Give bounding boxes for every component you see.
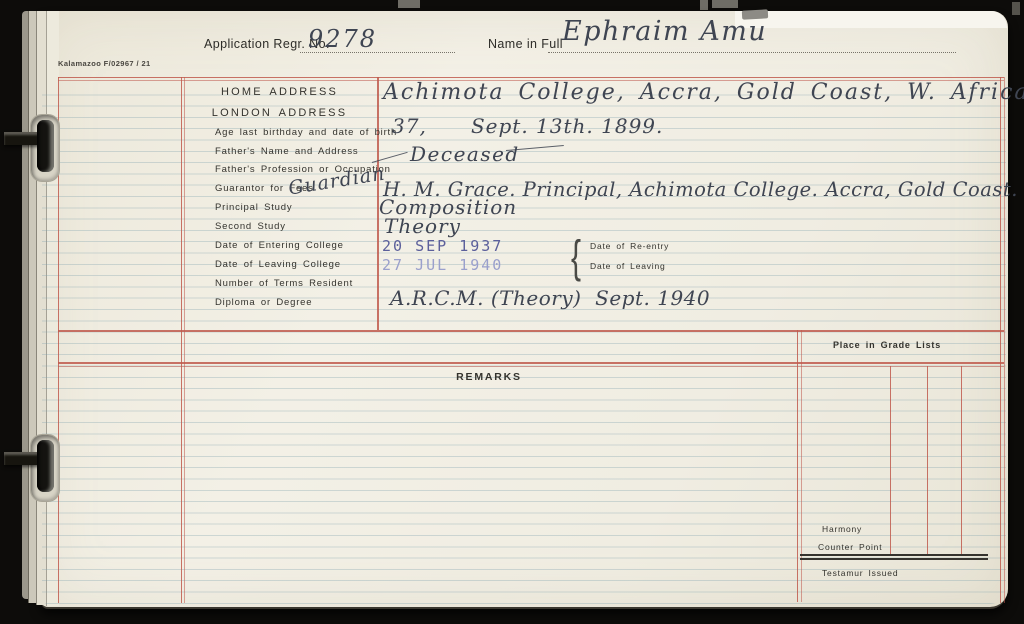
field-label-date-reentry: Date of Re-entry xyxy=(590,241,669,251)
name-in-full-label: Name in Full xyxy=(488,37,563,51)
field-label-second-study: Second Study xyxy=(215,221,286,232)
field-label-date-leaving: Date of Leaving College xyxy=(215,259,341,270)
red-grid-line xyxy=(58,366,1004,367)
entry-age-dob: 37, Sept. 13th. 1899. xyxy=(392,116,663,136)
red-grid-line xyxy=(58,330,1004,332)
red-grid-line xyxy=(1000,77,1001,603)
field-label-date-entering: Date of Entering College xyxy=(215,240,344,251)
field-label-home-address: HOME ADDRESS xyxy=(181,86,378,98)
entry-home-address: Achimota College, Accra, Gold Coast, W. … xyxy=(383,82,1024,104)
sheet-edge-highlight xyxy=(735,11,1007,28)
red-grid-line xyxy=(797,330,798,602)
field-label-london-address: LONDON ADDRESS xyxy=(181,107,378,119)
field-label-counter-point: Counter Point xyxy=(818,542,882,552)
counter-point-rule xyxy=(800,558,988,560)
brace-icon: { xyxy=(571,233,581,284)
date-leaving-stamp: 27 JUL 1940 xyxy=(382,256,503,274)
red-grid-line xyxy=(801,330,802,602)
red-grid-line xyxy=(184,77,185,603)
entry-second-study: Theory xyxy=(384,216,461,236)
form-code: Kalamazoo F/02967 / 21 xyxy=(58,59,151,68)
name-in-full-value: Ephraim Amu xyxy=(562,18,767,45)
date-entering-stamp: 20 SEP 1937 xyxy=(382,237,503,255)
binder-clip-post xyxy=(37,120,54,172)
binder-spine-tab xyxy=(398,0,420,8)
red-grid-line xyxy=(58,362,1004,364)
red-grid-line xyxy=(181,77,182,603)
grade-lists-heading: Place in Grade Lists xyxy=(797,340,977,350)
entry-father-name: Deceased xyxy=(410,144,520,164)
entry-diploma: A.R.C.M. (Theory) Sept. 1940 xyxy=(390,288,710,308)
field-label-terms-resident: Number of Terms Resident xyxy=(215,278,353,289)
application-number-value: 9278 xyxy=(308,27,377,51)
field-label-father-name: Father's Name and Address xyxy=(215,146,358,157)
field-label-principal-study: Principal Study xyxy=(215,202,292,213)
field-label-harmony: Harmony xyxy=(822,524,862,534)
red-grid-line xyxy=(58,77,1004,78)
binder-spine-tab xyxy=(1012,2,1020,15)
binder-clip-post xyxy=(37,440,54,492)
red-grid-line xyxy=(1004,77,1005,603)
grade-column-line xyxy=(927,366,928,556)
field-label-date-leaving-short: Date of Leaving xyxy=(590,261,666,271)
name-in-full-line xyxy=(548,52,956,53)
binder-clip-bar xyxy=(4,132,40,145)
grade-column-line xyxy=(961,366,962,556)
binder-clip-bar xyxy=(4,452,40,465)
binder-spine-tab xyxy=(700,0,708,10)
field-label-testamur: Testamur Issued xyxy=(822,568,898,578)
counter-point-rule xyxy=(800,554,988,556)
grade-column-line xyxy=(890,366,891,556)
field-label-diploma: Diploma or Degree xyxy=(215,297,312,308)
remarks-heading: REMARKS xyxy=(181,371,797,383)
binder-spine-tab xyxy=(712,0,738,8)
field-label-age-dob: Age last birthday and date of birth xyxy=(215,127,397,138)
